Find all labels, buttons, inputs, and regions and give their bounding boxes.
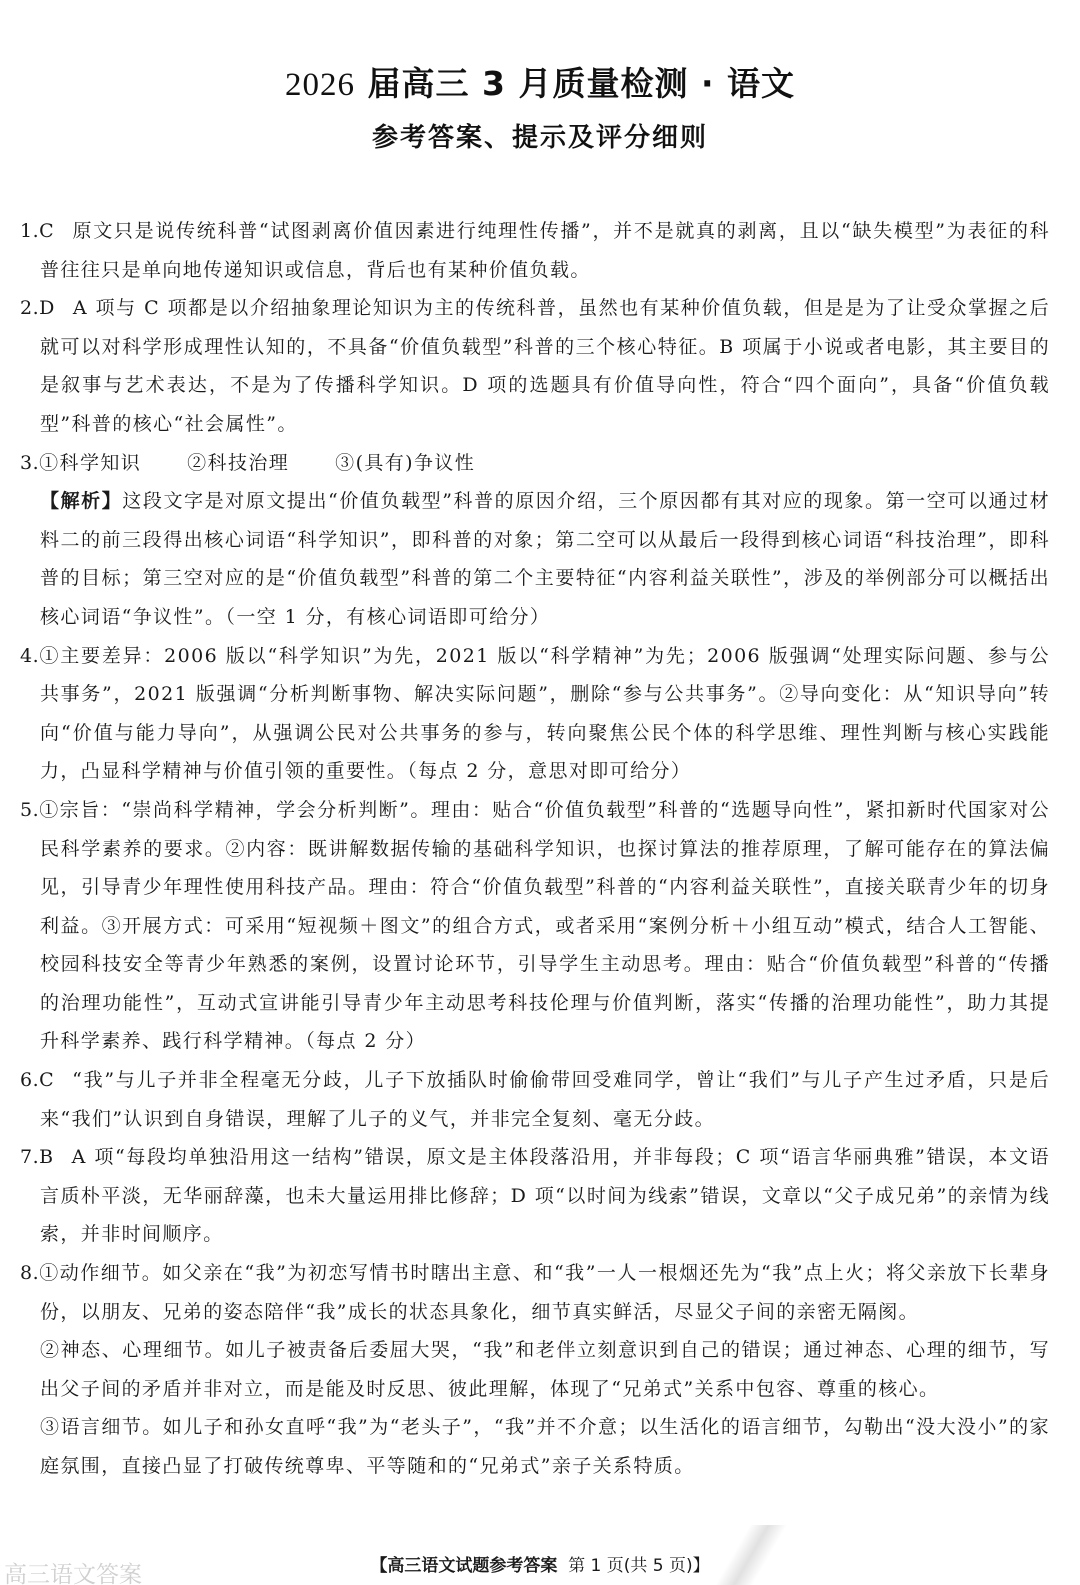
title-text: 届高三 3 月质量检测 · 语文 — [368, 64, 795, 103]
answer-8-point-2: ②神态、心理细节。如儿子被责备后委屈大哭，“我”和老伴立刻意识到自己的错误；通过… — [20, 1331, 1050, 1408]
answer-list: 1.C原文只是说传统科普“试图剥离价值因素进行纯理性传播”，并不是就真的剥离，且… — [20, 212, 1050, 1486]
document-subtitle: 参考答案、提示及评分细则 — [0, 117, 1080, 154]
page-number: 第 1 页(共 5 页)】 — [568, 1556, 710, 1576]
answer-4: 4.①主要差异：2006 版以“科学知识”为先，2021 版以“科学精神”为先；… — [20, 637, 1050, 791]
answer-8-point-3: ③语言细节。如儿子和孙女直呼“我”为“老头子”，“我”并不介意；以生活化的语言细… — [20, 1408, 1050, 1485]
answer-2: 2.DA 项与 C 项都是以介绍抽象理论知识为主的传统科普，虽然也有某种价值负载… — [20, 289, 1050, 443]
answer-1: 1.C原文只是说传统科普“试图剥离价值因素进行纯理性传播”，并不是就真的剥离，且… — [20, 212, 1050, 289]
answer-8: 8.①动作细节。如父亲在“我”为初恋写情书时瞎出主意、和“我”一人一根烟还先为“… — [20, 1254, 1050, 1331]
title-year: 2026 — [285, 67, 355, 103]
answer-3-analysis: 【解析】这段文字是对原文提出“价值负载型”科普的原因介绍，三个原因都有其对应的现… — [20, 482, 1050, 636]
document-title: 2026 届高三 3 月质量检测 · 语文 — [0, 58, 1080, 105]
watermark: 高三语文答案 — [4, 1556, 142, 1585]
answer-3: 3.①科学知识②科技治理③(具有)争议性 — [20, 444, 1050, 483]
footer-label: 【高三语文试题参考答案 — [370, 1556, 557, 1576]
answer-5: 5.①宗旨：“崇尚科学精神，学会分析判断”。理由：贴合“价值负载型”科普的“选题… — [20, 791, 1050, 1061]
page-fold-shadow — [700, 1525, 790, 1585]
analysis-tag: 【解析】 — [40, 490, 122, 512]
page-footer: 【高三语文试题参考答案 第 1 页(共 5 页)】 — [0, 1551, 1080, 1576]
answer-7: 7.BA 项“每段均单独沿用这一结构”错误，原文是主体段落沿用，并非每段；C 项… — [20, 1138, 1050, 1254]
answer-6: 6.C“我”与儿子并非全程毫无分歧，儿子下放插队时偷偷带回受难同学，曾让“我们”… — [20, 1061, 1050, 1138]
